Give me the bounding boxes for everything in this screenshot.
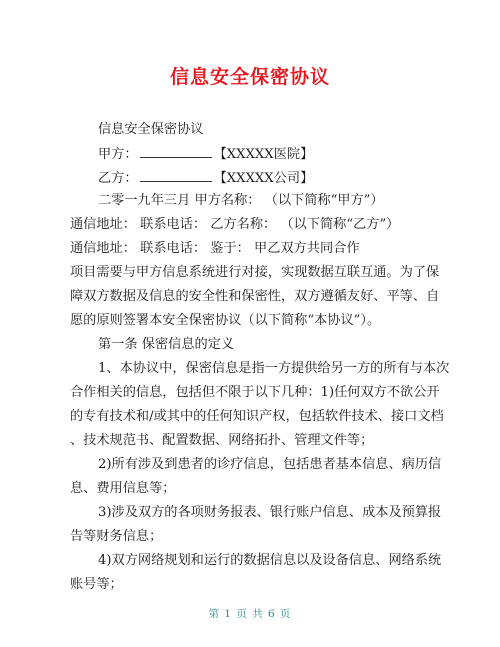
body-line: 合作相关的信息，包括但不限于以下几种：1)任何双方不欲公开 [70, 385, 432, 401]
body-line: 账号等； [70, 577, 432, 593]
body-line: 障双方数据及信息的安全性和保密性，双方遵循友好、平等、自 [70, 289, 432, 305]
body-line: 3)涉及双方的各项财务报表、银行账户信息、成本及预算报 [98, 505, 460, 521]
body-line: 通信地址： 联系电话： 乙方名称： （以下简称“乙方”） [70, 217, 432, 233]
body-line: 告等财务信息； [70, 529, 432, 545]
party-b-value: 【XXXXX公司】 [214, 171, 314, 186]
subtitle-line: 信息安全保密协议 [98, 122, 460, 138]
party-b-blank [140, 170, 212, 182]
party-a-line: 甲方：【XXXXX医院】 [98, 146, 460, 163]
body-line: 愿的原则签署本安全保密协议（以下简称“本协议”）。 [70, 313, 432, 329]
party-a-blank [140, 146, 212, 158]
party-b-label: 乙方： [98, 171, 138, 186]
body-line: 2)所有涉及到患者的诊疗信息，包括患者基本信息、病历信 [98, 457, 460, 473]
body-line: 息、费用信息等； [70, 481, 432, 497]
body-line: 二零一九年三月 甲方名称： （以下简称“甲方”） [98, 193, 460, 209]
party-b-line: 乙方：【XXXXX公司】 [98, 170, 460, 187]
party-a-label: 甲方： [98, 147, 138, 162]
body-line: 的专有技术和/或其中的任何知识产权，包括软件技术、接口文档 [70, 409, 432, 425]
body-line: 项目需要与甲方信息系统进行对接，实现数据互联互通。为了保 [70, 265, 432, 281]
body-line: 通信地址： 联系电话： 鉴于： 甲乙双方共同合作 [70, 241, 432, 257]
document-title: 信息安全保密协议 [0, 62, 500, 89]
party-a-value: 【XXXXX医院】 [214, 147, 314, 162]
page-number-footer: 第 1 页 共 6 页 [0, 606, 500, 621]
body-line: 、技术规范书、配置数据、网络拓扑、管理文件等； [70, 433, 432, 449]
body-line: 4)双方网络规划和运行的数据信息以及设备信息、网络系统 [98, 553, 460, 569]
section-heading: 第一条 保密信息的定义 [98, 337, 460, 353]
body-line: 1、本协议中，保密信息是指一方提供给另一方的所有与本次 [98, 361, 460, 377]
